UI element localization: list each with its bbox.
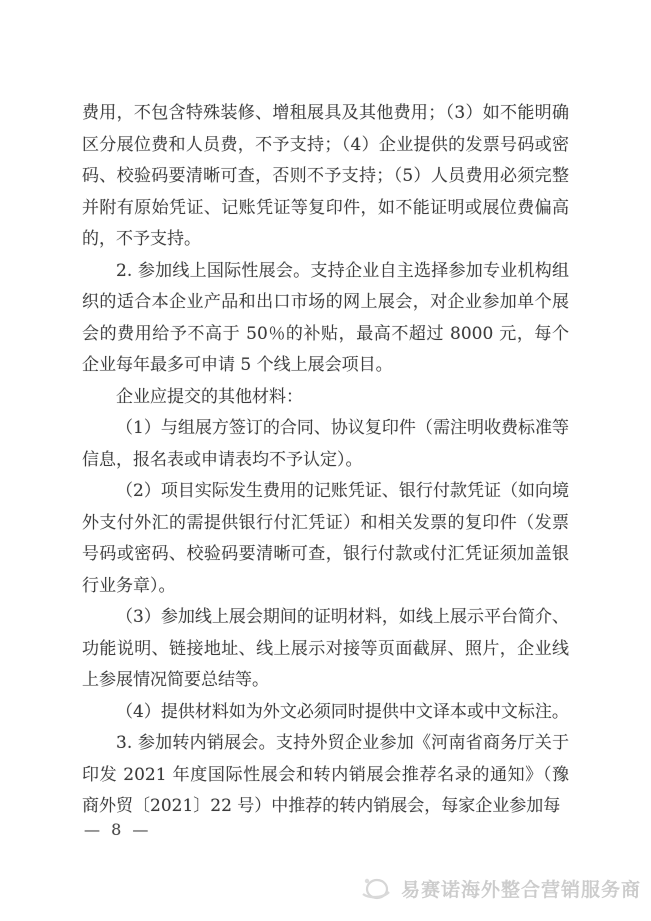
body-paragraph: 2. 参加线上国际性展会。支持企业自主选择参加专业机构组织的适合本企业产品和出口…: [82, 256, 569, 382]
body-paragraph: 企业应提交的其他材料：: [82, 382, 569, 414]
body-paragraph: 费用，不包含特殊装修、增租展具及其他费用；（3）如不能明确区分展位费和人员费，不…: [82, 98, 569, 256]
body-paragraph: （1）与组展方签订的合同、协议复印件（需注明收费标准等信息，报名表或申请表均不予…: [82, 413, 569, 476]
body-paragraph: （2）项目实际发生费用的记账凭证、银行付款凭证（如向境外支付外汇的需提供银行付汇…: [82, 476, 569, 602]
watermark: 易赛诺海外整合营销服务商: [360, 874, 641, 902]
document-page: 费用，不包含特殊装修、增租展具及其他费用；（3）如不能明确区分展位费和人员费，不…: [0, 0, 651, 921]
body-paragraph: （4）提供材料如为外文必须同时提供中文译本或中文标注。: [82, 697, 569, 729]
page-number: — 8 —: [84, 820, 151, 839]
body-paragraph: 3. 参加转内销展会。支持外贸企业参加《河南省商务厅关于印发 2021 年度国际…: [82, 728, 569, 823]
body-text-block: 费用，不包含特殊装修、增租展具及其他费用；（3）如不能明确区分展位费和人员费，不…: [82, 98, 569, 823]
watermark-text: 易赛诺海外整合营销服务商: [401, 875, 641, 902]
body-paragraph: （3）参加线上展会期间的证明材料，如线上展示平台简介、功能说明、链接地址、线上展…: [82, 602, 569, 697]
globe-icon: [360, 874, 392, 902]
